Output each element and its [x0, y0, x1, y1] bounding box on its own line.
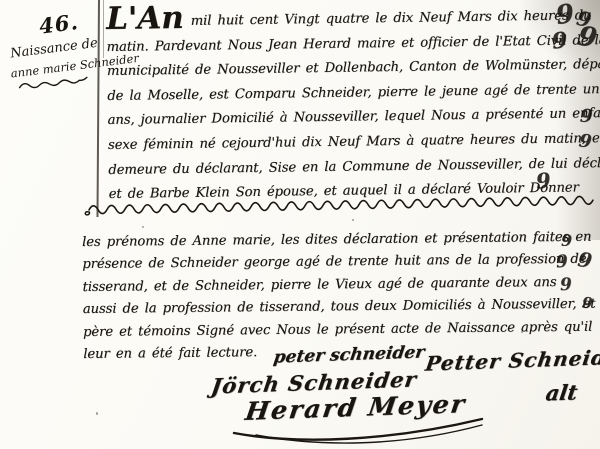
ink-flourish-icon: 9: [555, 252, 568, 273]
signature-father: peter schneider: [272, 342, 425, 367]
act-number: 46.: [38, 6, 103, 40]
scan-speck: [142, 226, 144, 228]
margin-annotation: 46. Naissance de anne marie Schneider: [4, 6, 109, 93]
scan-speck: [352, 219, 354, 221]
ink-flourish-icon: 9: [581, 294, 593, 313]
ink-flourish-icon: 9: [579, 106, 593, 128]
scanned-birth-record: 46. Naissance de anne marie Schneider L'…: [0, 0, 600, 449]
signature-underline-flourish-icon: [228, 417, 492, 445]
signature-witness-elder-suffix: alt: [544, 379, 579, 405]
act-line-text: mil huit cent Vingt quatre le dix Neuf M…: [191, 8, 592, 29]
ink-flourish-icon: 9: [561, 231, 572, 250]
ink-flourish-icon: 9: [578, 130, 593, 153]
ink-flourish-icon: 9: [535, 167, 552, 193]
scan-speck: [96, 412, 98, 415]
act-body-paragraph-1: L'Anmil huit cent Vingt quatre le dix Ne…: [106, 0, 600, 208]
scan-speck: [521, 331, 523, 333]
opening-initial: L'An: [106, 6, 184, 32]
ink-flourish-icon: 9: [551, 27, 569, 54]
ink-flourish-icon: 9: [559, 275, 572, 296]
